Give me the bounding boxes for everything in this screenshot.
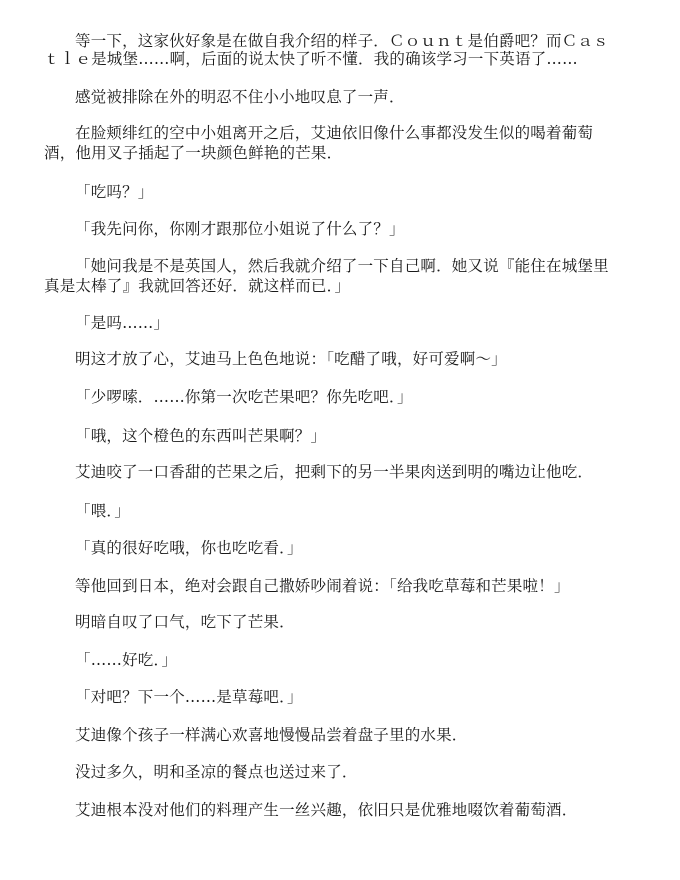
paragraph-3-line-1: 在脸颊绯红的空中小姐离开之后，艾迪依旧像什么事都没发生似的喝着葡萄 bbox=[75, 123, 593, 143]
dialogue-line: 「哦，这个橙色的东西叫芒果啊？」 bbox=[75, 426, 326, 446]
dialogue-line: 「喂．」 bbox=[75, 501, 130, 521]
dialogue-line: 「对吧？下一个……是草莓吧．」 bbox=[75, 687, 303, 707]
narration-line: 艾迪根本没对他们的料理产生一丝兴趣，依旧只是优雅地啜饮着葡萄酒． bbox=[75, 800, 577, 820]
dialogue-line: 「我先问你，你刚才跟那位小姐说了什么了？」 bbox=[75, 219, 405, 239]
dialogue-line: 「是吗……」 bbox=[75, 313, 169, 333]
narration-line: 明这才放了心，艾迪马上色色地说：「吃醋了哦，好可爱啊～」 bbox=[75, 349, 507, 369]
narration-line: 等他回到日本，绝对会跟自己撒娇吵闹着说：「给我吃草莓和芒果啦！」 bbox=[75, 576, 570, 596]
narration-line: 明暗自叹了口气，吃下了芒果． bbox=[75, 612, 295, 632]
document-page: 等一下，这家伙好象是在做自我介绍的样子．Ｃｏｕｎｔ是伯爵吧？而Ｃａｓ ｔｌｅ是城… bbox=[0, 0, 680, 880]
paragraph-2: 感觉被排除在外的明忍不住小小地叹息了一声． bbox=[75, 87, 405, 107]
paragraph-1-line-2: ｔｌｅ是城堡……啊，后面的说太快了听不懂．我的确该学习一下英语了…… bbox=[44, 49, 578, 69]
dialogue-line: 「……好吃．」 bbox=[75, 650, 177, 670]
narration-line: 艾迪像个孩子一样满心欢喜地慢慢品尝着盘子里的水果． bbox=[75, 725, 468, 745]
narration-line: 艾迪咬了一口香甜的芒果之后，把剩下的另一半果肉送到明的嘴边让他吃． bbox=[75, 462, 593, 482]
dialogue-line-1: 「她问我是不是英国人，然后我就介绍了一下自己啊．她又说『能住在城堡里 bbox=[75, 256, 609, 276]
dialogue-line-2: 真是太棒了』我就回答还好．就这样而已．」 bbox=[44, 276, 350, 296]
dialogue-line: 「真的很好吃哦，你也吃吃看．」 bbox=[75, 538, 303, 558]
paragraph-3-line-2: 酒，他用叉子插起了一块颜色鲜艳的芒果． bbox=[44, 143, 342, 163]
narration-line: 没过多久，明和圣凉的餐点也送过来了． bbox=[75, 762, 358, 782]
paragraph-1-line-1: 等一下，这家伙好象是在做自我介绍的样子．Ｃｏｕｎｔ是伯爵吧？而Ｃａｓ bbox=[75, 31, 609, 51]
dialogue-line: 「少啰嗦．……你第一次吃芒果吧？你先吃吧．」 bbox=[75, 387, 413, 407]
dialogue-line: 「吃吗？」 bbox=[75, 182, 154, 202]
